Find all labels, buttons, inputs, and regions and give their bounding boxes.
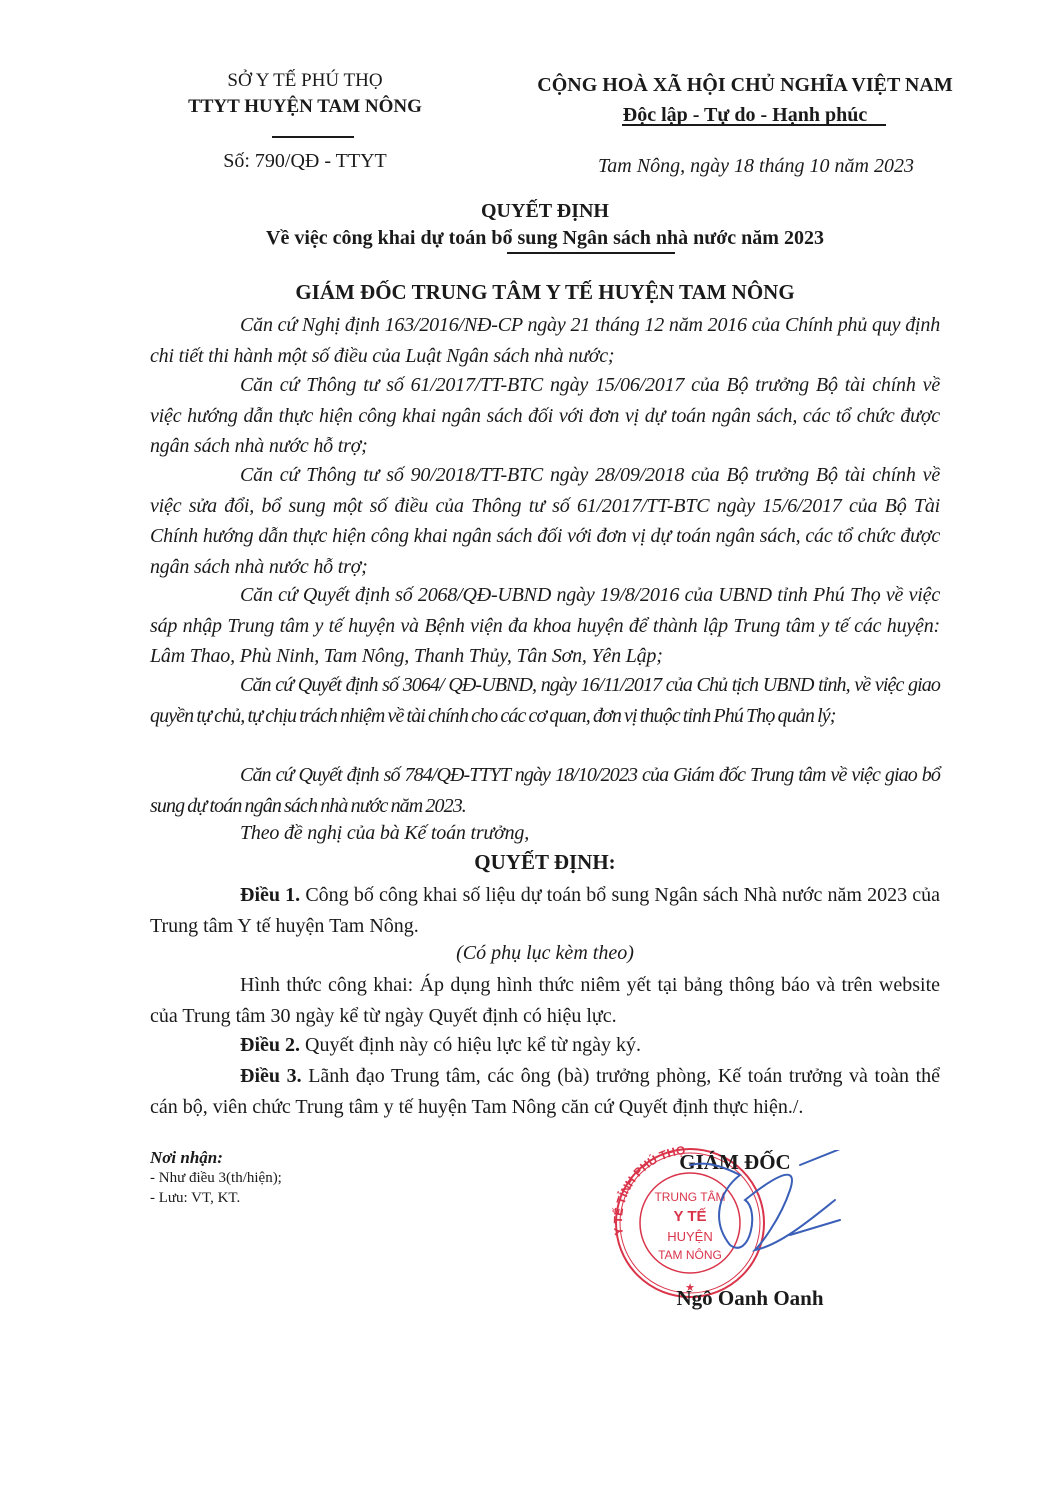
motto-underline	[622, 124, 886, 126]
header-left-divider	[272, 136, 354, 138]
preamble-1: Căn cứ Nghị định 163/2016/NĐ-CP ngày 21 …	[150, 310, 940, 371]
recipients: Nơi nhận: - Như điều 3(th/hiện); - Lưu: …	[150, 1148, 450, 1208]
national-title: CỘNG HOÀ XÃ HỘI CHỦ NGHĨA VIỆT NAM	[520, 72, 970, 98]
decision-heading: QUYẾT ĐỊNH:	[150, 850, 940, 875]
preamble-5: Căn cứ Quyết định số 3064/ QĐ-UBND, ngày…	[150, 670, 940, 731]
place-date: Tam Nông, ngày 18 tháng 10 năm 2023	[598, 155, 958, 178]
preamble-6: Căn cứ Quyết định số 784/QĐ-TTYT ngày 18…	[150, 760, 940, 821]
preamble-2: Căn cứ Thông tư số 61/2017/TT-BTC ngày 1…	[150, 370, 940, 462]
decision-title: QUYẾT ĐỊNH	[150, 200, 940, 223]
preamble-7: Theo đề nghị của bà Kế toán trưởng,	[150, 818, 940, 849]
preamble-4: Căn cứ Quyết định số 2068/QĐ-UBND ngày 1…	[150, 580, 940, 672]
article-2: Điều 2. Quyết định này có hiệu lực kể từ…	[150, 1030, 940, 1061]
handwritten-signature	[660, 1150, 860, 1270]
subject-underline	[507, 252, 675, 254]
recipient-item: - Như điều 3(th/hiện);	[150, 1168, 450, 1188]
recipient-item: - Lưu: VT, KT.	[150, 1188, 450, 1208]
issuing-authority: GIÁM ĐỐC TRUNG TÂM Y TẾ HUYỆN TAM NÔNG	[150, 280, 940, 305]
article-3: Điều 3. Lãnh đạo Trung tâm, các ông (bà)…	[150, 1061, 940, 1122]
article-1: Điều 1. Công bố công khai số liệu dự toá…	[150, 880, 940, 941]
signer-name: Ngô Oanh Oanh	[640, 1286, 860, 1311]
organization-name: TTYT HUYỆN TAM NÔNG	[165, 94, 445, 120]
preamble-3: Căn cứ Thông tư số 90/2018/TT-BTC ngày 2…	[150, 460, 940, 582]
publication-method: Hình thức công khai: Áp dụng hình thức n…	[150, 970, 940, 1031]
decision-subject: Về việc công khai dự toán bổ sung Ngân s…	[150, 227, 940, 250]
header-right: CỘNG HOÀ XÃ HỘI CHỦ NGHĨA VIỆT NAM Độc l…	[520, 72, 970, 128]
department-name: SỞ Y TẾ PHÚ THỌ	[165, 68, 445, 94]
appendix-note: (Có phụ lục kèm theo)	[150, 942, 940, 965]
header-left: SỞ Y TẾ PHÚ THỌ TTYT HUYỆN TAM NÔNG	[165, 68, 445, 120]
recipients-label: Nơi nhận:	[150, 1148, 450, 1168]
document-number: Số: 790/QĐ - TTYT	[165, 148, 445, 174]
